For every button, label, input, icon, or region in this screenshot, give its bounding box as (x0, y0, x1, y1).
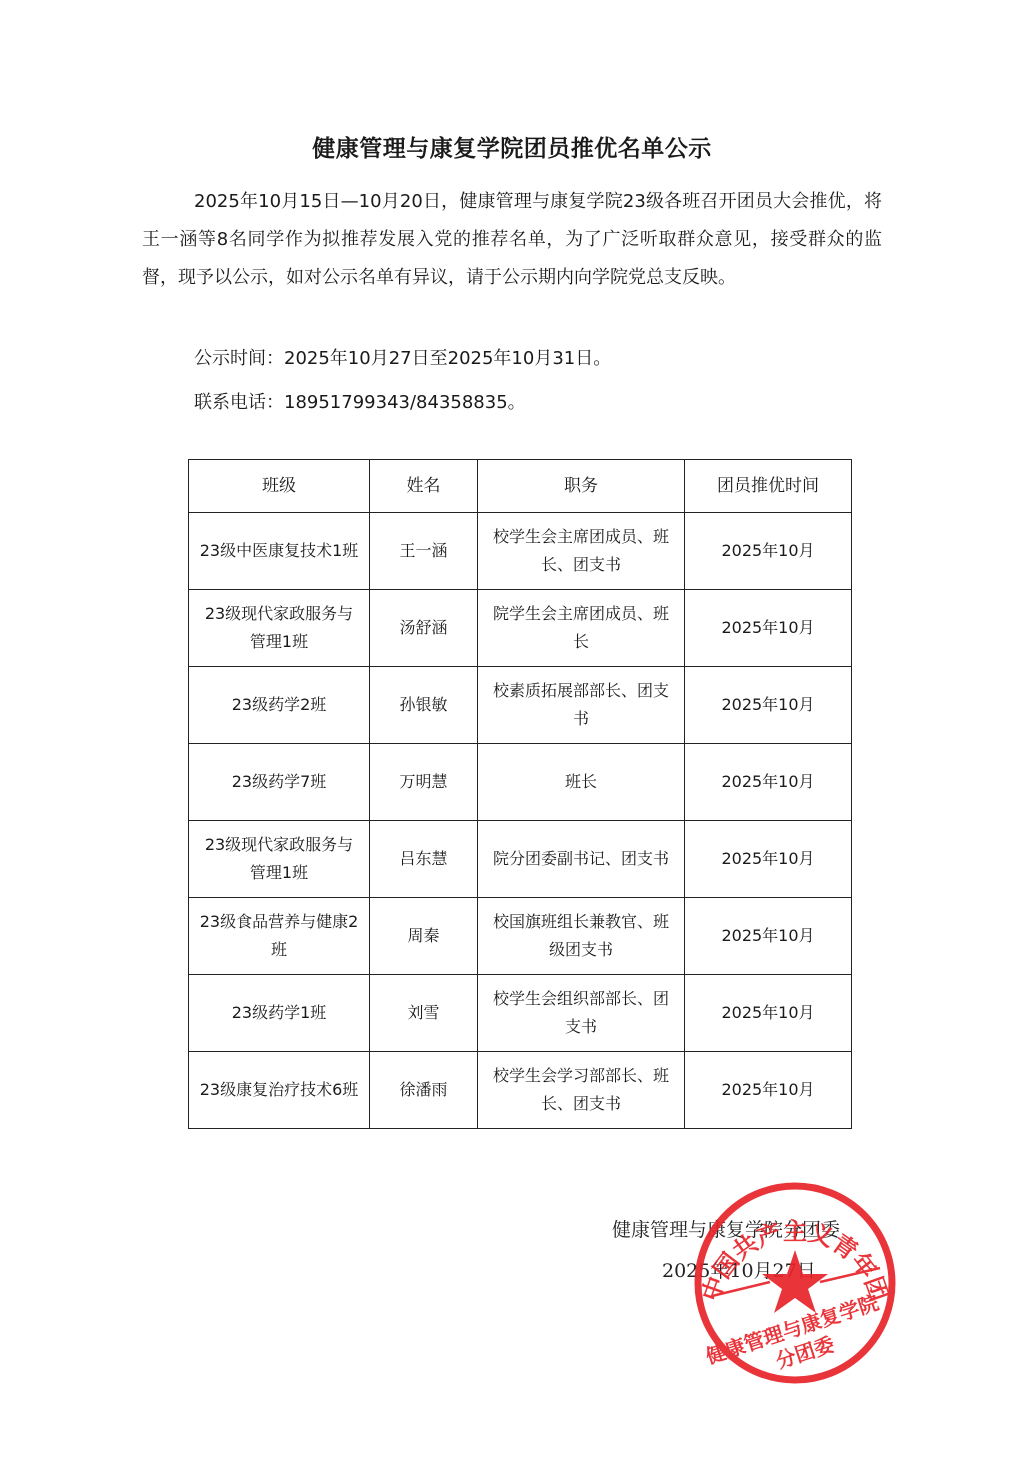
cell-position: 校素质拓展部部长、团支书 (478, 667, 685, 744)
cell-class: 23级现代家政服务与管理1班 (189, 821, 370, 898)
table-row: 23级现代家政服务与管理1班 吕东慧 院分团委副书记、团支书 2025年10月 (189, 821, 852, 898)
contact-phone: 联系电话：18951799343/84358835。 (194, 388, 526, 418)
cell-class: 23级现代家政服务与管理1班 (189, 590, 370, 667)
official-seal-stamp: 中国共产主义青年团 健康管理与康复学院 分团委 (690, 1178, 900, 1388)
cell-time: 2025年10月 (685, 590, 852, 667)
cell-time: 2025年10月 (685, 975, 852, 1052)
cell-class: 23级药学2班 (189, 667, 370, 744)
cell-position: 校学生会主席团成员、班长、团支书 (478, 513, 685, 590)
cell-class: 23级药学1班 (189, 975, 370, 1052)
table-row: 23级康复治疗技术6班 徐潘雨 校学生会学习部部长、班长、团支书 2025年10… (189, 1052, 852, 1129)
cell-name: 王一涵 (370, 513, 478, 590)
header-position: 职务 (478, 460, 685, 513)
cell-name: 汤舒涵 (370, 590, 478, 667)
cell-time: 2025年10月 (685, 667, 852, 744)
cell-position: 校学生会学习部部长、班长、团支书 (478, 1052, 685, 1129)
table-row: 23级食品营养与健康2班 周秦 校国旗班组长兼教官、班级团支书 2025年10月 (189, 898, 852, 975)
cell-class: 23级食品营养与健康2班 (189, 898, 370, 975)
cell-name: 孙银敏 (370, 667, 478, 744)
cell-class: 23级中医康复技术1班 (189, 513, 370, 590)
document-title: 健康管理与康复学院团员推优名单公示 (0, 130, 1024, 163)
cell-position: 院学生会主席团成员、班长 (478, 590, 685, 667)
table-row: 23级中医康复技术1班 王一涵 校学生会主席团成员、班长、团支书 2025年10… (189, 513, 852, 590)
cell-position: 班长 (478, 744, 685, 821)
cell-position: 校国旗班组长兼教官、班级团支书 (478, 898, 685, 975)
table-row: 23级药学2班 孙银敏 校素质拓展部部长、团支书 2025年10月 (189, 667, 852, 744)
cell-name: 万明慧 (370, 744, 478, 821)
cell-time: 2025年10月 (685, 898, 852, 975)
cell-position: 校学生会组织部部长、团支书 (478, 975, 685, 1052)
cell-time: 2025年10月 (685, 513, 852, 590)
publicity-period: 公示时间：2025年10月27日至2025年10月31日。 (194, 344, 611, 374)
recommendation-table: 班级 姓名 职务 团员推优时间 23级中医康复技术1班 王一涵 校学生会主席团成… (188, 459, 852, 1129)
cell-time: 2025年10月 (685, 821, 852, 898)
header-time: 团员推优时间 (685, 460, 852, 513)
cell-name: 刘雪 (370, 975, 478, 1052)
header-class: 班级 (189, 460, 370, 513)
table-row: 23级药学7班 万明慧 班长 2025年10月 (189, 744, 852, 821)
intro-paragraph: 2025年10月15日—10月20日，健康管理与康复学院23级各班召开团员大会推… (142, 183, 882, 297)
cell-name: 吕东慧 (370, 821, 478, 898)
cell-name: 徐潘雨 (370, 1052, 478, 1129)
cell-time: 2025年10月 (685, 1052, 852, 1129)
header-name: 姓名 (370, 460, 478, 513)
document-page: 健康管理与康复学院团员推优名单公示 2025年10月15日—10月20日，健康管… (0, 0, 1024, 1472)
table-row: 23级现代家政服务与管理1班 汤舒涵 院学生会主席团成员、班长 2025年10月 (189, 590, 852, 667)
cell-position: 院分团委副书记、团支书 (478, 821, 685, 898)
table-row: 23级药学1班 刘雪 校学生会组织部部长、团支书 2025年10月 (189, 975, 852, 1052)
star-icon (762, 1250, 828, 1313)
cell-class: 23级药学7班 (189, 744, 370, 821)
cell-time: 2025年10月 (685, 744, 852, 821)
cell-class: 23级康复治疗技术6班 (189, 1052, 370, 1129)
table-header-row: 班级 姓名 职务 团员推优时间 (189, 460, 852, 513)
cell-name: 周秦 (370, 898, 478, 975)
